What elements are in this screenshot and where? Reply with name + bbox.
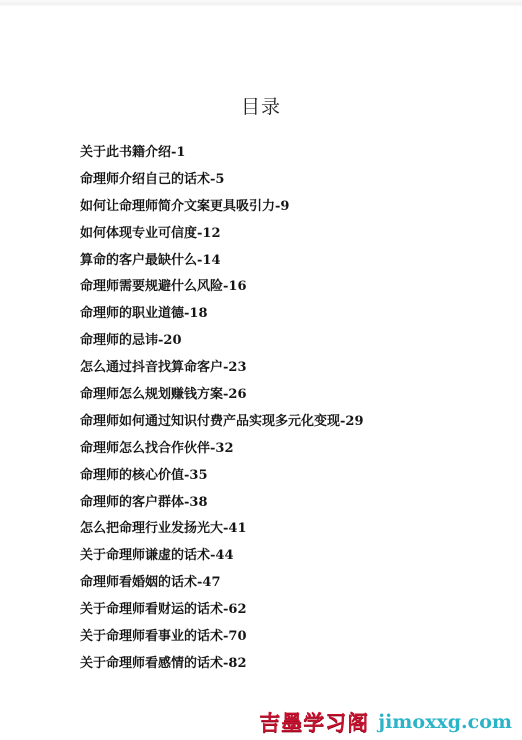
toc-entry: 命理师的职业道德-18	[80, 304, 364, 331]
toc-entry-label: 关于命理师看事业的话术	[80, 629, 223, 644]
toc-entry-label: 命理师需要规避什么风险	[80, 279, 223, 294]
toc-entry: 怎么把命理行业发扬光大-41	[80, 519, 364, 546]
toc-entry-label: 怎么通过抖音找算命客户	[80, 360, 223, 375]
toc-entry: 命理师看婚姻的话术-47	[80, 573, 364, 600]
toc-entry-page: 35	[189, 468, 207, 483]
toc-entry: 命理师如何通过知识付费产品实现多元化变现-29	[80, 412, 364, 439]
toc-entry-label: 如何体现专业可信度	[80, 226, 197, 241]
toc-entry-page: 82	[228, 656, 246, 671]
toc-entry-page: 26	[228, 387, 246, 402]
toc-entry-page: 38	[189, 495, 207, 510]
watermark: 吉墨学习阁 jimoxxg.com	[255, 709, 516, 735]
toc-entry-page: 44	[215, 548, 233, 563]
toc-entry-page: 47	[202, 575, 220, 590]
toc-entry-page: 9	[280, 199, 289, 214]
toc-entry-label: 命理师介绍自己的话术	[80, 172, 210, 187]
toc-entry-label: 关于命理师看感情的话术	[80, 656, 223, 671]
toc-entry-label: 命理师的核心价值	[80, 468, 184, 483]
toc-entry-page: 41	[228, 521, 246, 536]
top-edge-strip	[0, 0, 522, 7]
toc-entry: 命理师怎么找合作伙伴-32	[80, 439, 364, 466]
toc-entry: 关于命理师看感情的话术-82	[80, 654, 364, 681]
toc-entry: 命理师需要规避什么风险-16	[80, 277, 364, 304]
toc-entry: 关于命理师谦虚的话术-44	[80, 546, 364, 573]
toc-entry: 如何体现专业可信度-12	[80, 224, 364, 251]
toc-entry-label: 如何让命理师简介文案更具吸引力	[80, 199, 275, 214]
watermark-url: jimoxxg.com	[378, 711, 512, 733]
toc-entry-page: 32	[215, 441, 233, 456]
toc-entry-page: 5	[215, 172, 224, 187]
toc-entry-page: 14	[202, 253, 220, 268]
toc-entry-page: 18	[189, 306, 207, 321]
toc-entry-page: 29	[345, 414, 363, 429]
page-title: 目录	[0, 92, 522, 119]
toc-entry-page: 70	[228, 629, 246, 644]
toc-entry-label: 命理师的客户群体	[80, 495, 184, 510]
toc-entry-label: 算命的客户最缺什么	[80, 253, 197, 268]
toc-entry-page: 1	[176, 145, 185, 160]
toc-entry-label: 命理师的忌讳	[80, 333, 158, 348]
toc-entry-page: 20	[163, 333, 181, 348]
toc-entry-label: 命理师的职业道德	[80, 306, 184, 321]
toc-entry-label: 命理师看婚姻的话术	[80, 575, 197, 590]
toc-entry: 怎么通过抖音找算命客户-23	[80, 358, 364, 385]
toc-entry-label: 命理师怎么规划赚钱方案	[80, 387, 223, 402]
toc-entry: 关于命理师看财运的话术-62	[80, 600, 364, 627]
toc-entry-page: 23	[228, 360, 246, 375]
table-of-contents: 关于此书籍介绍-1 命理师介绍自己的话术-5 如何让命理师简介文案更具吸引力-9…	[80, 143, 364, 681]
toc-entry: 关于此书籍介绍-1	[80, 143, 364, 170]
toc-entry: 命理师的客户群体-38	[80, 493, 364, 520]
toc-entry: 命理师的忌讳-20	[80, 331, 364, 358]
toc-entry-label: 命理师如何通过知识付费产品实现多元化变现	[80, 414, 340, 429]
toc-entry-label: 怎么把命理行业发扬光大	[80, 521, 223, 536]
toc-entry: 命理师介绍自己的话术-5	[80, 170, 364, 197]
toc-entry-label: 关于命理师看财运的话术	[80, 602, 223, 617]
toc-entry-label: 关于命理师谦虚的话术	[80, 548, 210, 563]
toc-entry-label: 命理师怎么找合作伙伴	[80, 441, 210, 456]
watermark-brand: 吉墨学习阁	[259, 707, 369, 737]
toc-entry: 命理师的核心价值-35	[80, 466, 364, 493]
toc-entry-page: 62	[228, 602, 246, 617]
toc-entry: 关于命理师看事业的话术-70	[80, 627, 364, 654]
toc-entry: 如何让命理师简介文案更具吸引力-9	[80, 197, 364, 224]
toc-entry-page: 12	[202, 226, 220, 241]
toc-entry-label: 关于此书籍介绍	[80, 145, 171, 160]
toc-entry: 算命的客户最缺什么-14	[80, 251, 364, 278]
toc-entry-page: 16	[228, 279, 246, 294]
toc-entry: 命理师怎么规划赚钱方案-26	[80, 385, 364, 412]
